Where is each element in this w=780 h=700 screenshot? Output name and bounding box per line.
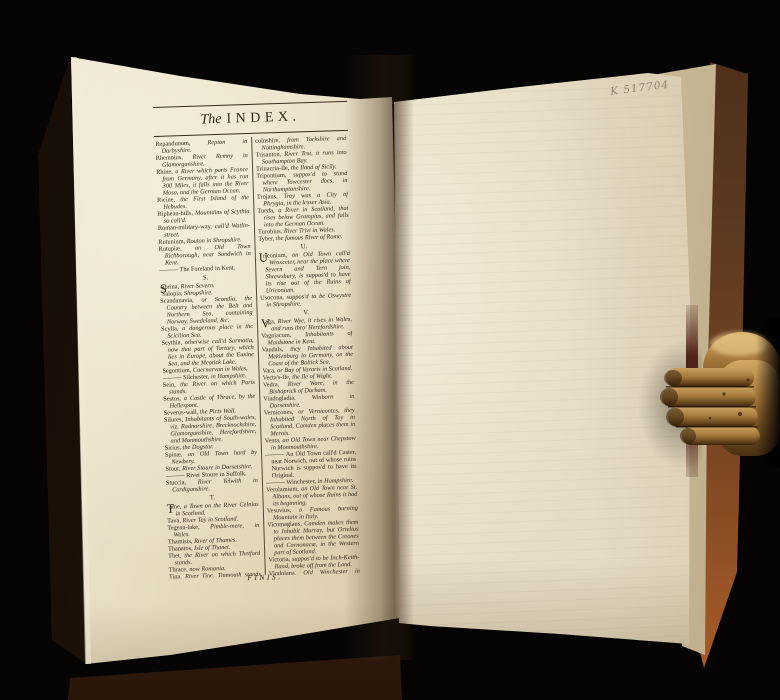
- index-entry: Silures, Inhabitants of South-wales, viz…: [164, 414, 257, 445]
- index-entry: Vicomagians, Camden makes them to Inhabi…: [267, 519, 359, 557]
- index-entry: Uriconium, an Old Town call'd Wroxceter,…: [259, 250, 351, 295]
- hand-wrist-fade: [756, 318, 780, 468]
- index-entry: Usocona, suppos'd to be Oswystre in Shro…: [260, 292, 351, 309]
- title-index: INDEX.: [226, 109, 300, 126]
- index-entry: Vernicones, or Vernicontes, they Inhabit…: [264, 407, 356, 438]
- index-entry: Tripontium, suppos'd to stand where Towc…: [256, 170, 348, 194]
- index-entry: Vandals, they Inhabited about Meklenburg…: [262, 344, 354, 368]
- index-entry: Rhine, a River which parts France from G…: [156, 166, 249, 197]
- index-column-left: Repandunum, Repton in Darbyshire.Rhemniu…: [155, 138, 261, 579]
- page-title: TheINDEX.: [152, 105, 349, 133]
- index-column-right: colnshire, from Yorkshire and Nottingham…: [255, 135, 360, 576]
- index-text-block: TheINDEX. Repandunum, Repton in Darbyshi…: [152, 97, 364, 603]
- hand-fingers: [660, 368, 760, 445]
- index-entry: ——— An Old Town call'd Caster, near Norw…: [265, 449, 357, 480]
- index-entry: Verolamium, an Old Town near St. Albans,…: [266, 484, 358, 508]
- index-entry: Scandanavia, or Scandia, the Country bet…: [160, 295, 253, 326]
- index-entry: Scythia, otherwise call'd Sarmatia, now …: [161, 337, 254, 368]
- brass-hand-holder: [660, 318, 780, 468]
- index-entry: Stuccia, River Yelwith in Cardiganshire.: [166, 477, 258, 494]
- index-entry: Rutupiæ, an Old Town Richborough, near S…: [158, 243, 251, 267]
- title-the: The: [200, 112, 221, 128]
- index-entry: Tueda, a River in Scotland, that rises b…: [257, 205, 349, 229]
